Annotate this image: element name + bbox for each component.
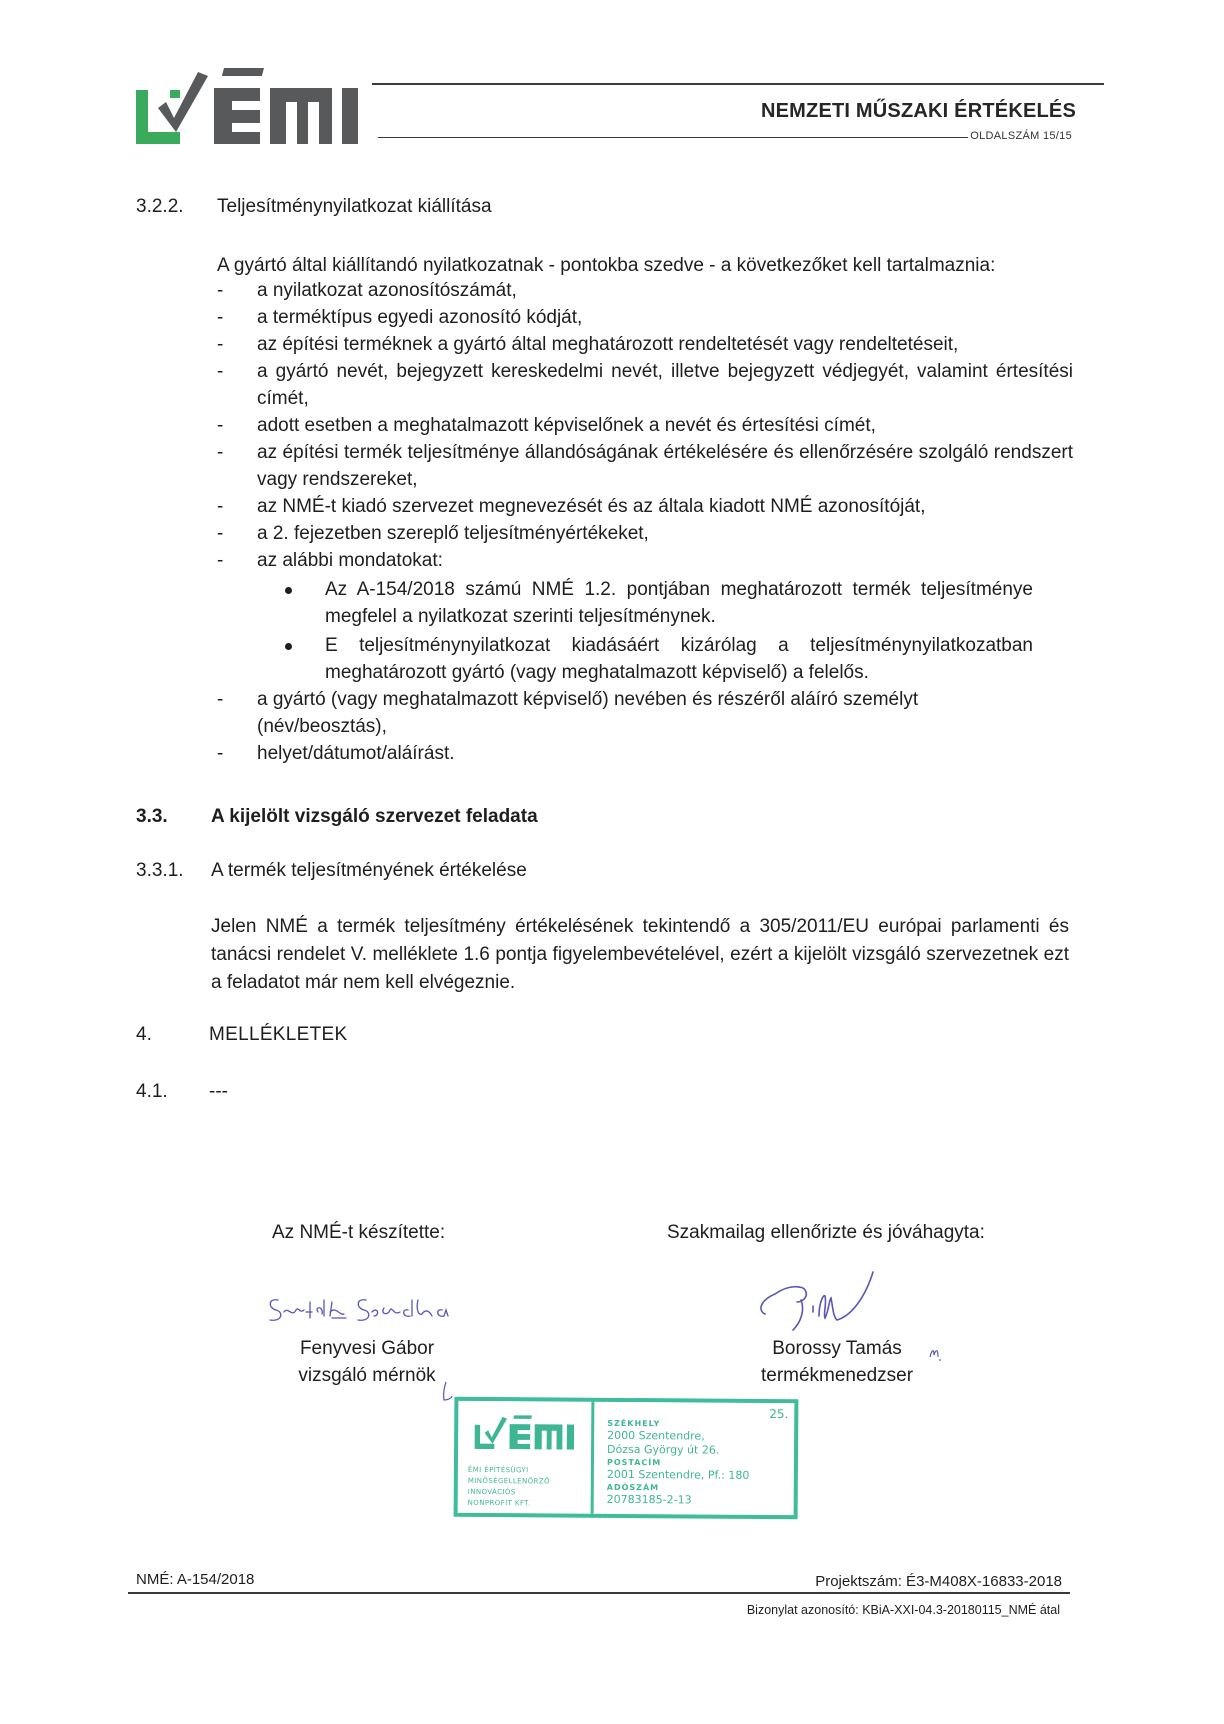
- list-item: -a gyártó (vagy meghatalmazott képviselő…: [217, 686, 937, 740]
- document-type-title: NEMZETI MŰSZAKI ÉRTÉKELÉS: [761, 100, 1076, 123]
- list-item: -helyet/dátumot/aláírást.: [217, 740, 1077, 767]
- footer-project-number: Projektszám: É3-M408X-16833-2018: [815, 1573, 1062, 1590]
- list-item: -az alábbi mondatokat:: [217, 547, 1077, 574]
- section-number: 3.2.2.: [136, 193, 184, 220]
- prepared-by-label: Az NMÉ-t készítette:: [272, 1222, 445, 1244]
- bullet-item: E teljesítménynyilatkozat kiadásáért kiz…: [285, 632, 1033, 686]
- dash-marker: -: [217, 412, 237, 439]
- dash-marker: -: [217, 331, 237, 358]
- approved-by-label: Szakmailag ellenőrizte és jóváhagyta:: [667, 1222, 985, 1244]
- footer-rule: [128, 1592, 1070, 1594]
- approver-role: termékmenedzser: [732, 1362, 942, 1389]
- dash-marker: -: [217, 277, 237, 304]
- list-item: -az NMÉ-t kiadó szervezet megnevezését é…: [217, 493, 1077, 520]
- stamp-address: SZÉKHELY 2000 Szentendre, Dózsa György ú…: [607, 1418, 750, 1508]
- initials-mark-icon: [928, 1345, 944, 1361]
- stamp-right-panel: 25. SZÉKHELY 2000 Szentendre, Dózsa Györ…: [597, 1402, 795, 1515]
- dash-marker: -: [217, 304, 237, 331]
- preparer-name: Fenyvesi Gábor: [262, 1335, 472, 1362]
- section-title: A kijelölt vizsgáló szervezet feladata: [211, 803, 538, 830]
- handwritten-signature-right: [755, 1270, 905, 1338]
- page-number: OLDALSZÁM 15/15: [970, 130, 1072, 142]
- section-title: Teljesítménynyilatkozat kiállítása: [217, 193, 492, 220]
- bullet-dot-icon: [285, 643, 292, 650]
- dash-marker: -: [217, 740, 237, 767]
- handwritten-signature-left: [266, 1294, 476, 1328]
- footer-nme-id: NMÉ: A-154/2018: [136, 1571, 254, 1588]
- emi-logo-icon: [136, 68, 366, 144]
- section-paragraph: Jelen NMÉ a termék teljesítmény értékelé…: [211, 913, 1069, 997]
- approver-name: Borossy Tamás: [732, 1335, 942, 1362]
- list-item: -a terméktípus egyedi azonosító kódját,: [217, 304, 1077, 331]
- header-rule-top: [372, 83, 1104, 85]
- section-number: 4.1.: [136, 1078, 168, 1105]
- dash-marker: -: [217, 686, 237, 713]
- dash-marker: -: [217, 547, 237, 574]
- section-title: A termék teljesítményének értékelése: [211, 857, 527, 884]
- stamp-number: 25.: [769, 1407, 788, 1421]
- dash-marker: -: [217, 520, 237, 547]
- initials-mark-icon: [440, 1380, 454, 1402]
- bullet-dot-icon: [285, 587, 292, 594]
- dash-marker: -: [217, 358, 237, 385]
- bullet-item: Az A-154/2018 számú NMÉ 1.2. pontjában m…: [285, 576, 1033, 630]
- dash-marker: -: [217, 493, 237, 520]
- section-number: 3.3.: [136, 803, 168, 830]
- section-content: ---: [209, 1078, 228, 1105]
- required-sentences-list: Az A-154/2018 számú NMÉ 1.2. pontjában m…: [217, 576, 1077, 686]
- section-number: 4.: [136, 1021, 152, 1048]
- emi-logo: [136, 68, 366, 144]
- list-item: -az építési termék teljesítménye állandó…: [217, 439, 1073, 493]
- list-item: -a 2. fejezetben szereplő teljesítményér…: [217, 520, 1077, 547]
- list-item: -adott esetben a meghatalmazott képvisel…: [217, 412, 1077, 439]
- stamp-left-panel: ÉMI ÉPÍTÉSÜGYI MINŐSÉGELLENŐRZŐ INNOVÁCI…: [458, 1401, 595, 1514]
- company-stamp: ÉMI ÉPÍTÉSÜGYI MINŐSÉGELLENŐRZŐ INNOVÁCI…: [454, 1397, 799, 1519]
- section-number: 3.3.1.: [136, 857, 184, 884]
- requirements-list: -a nyilatkozat azonosítószámát, -a termé…: [217, 277, 1077, 767]
- footer-document-id: Bizonylat azonosító: KBiA-XXI-04.3-20180…: [747, 1603, 1060, 1617]
- list-item: -az építési terméknek a gyártó által meg…: [217, 331, 1077, 358]
- dash-marker: -: [217, 439, 237, 466]
- stamp-org-name: ÉMI ÉPÍTÉSÜGYI MINŐSÉGELLENŐRZŐ INNOVÁCI…: [468, 1465, 550, 1510]
- list-item: -a gyártó nevét, bejegyzett kereskedelmi…: [217, 358, 1073, 412]
- header-rule-bottom: [378, 137, 968, 138]
- intro-text: A gyártó által kiállítandó nyilatkozatna…: [217, 252, 995, 279]
- section-title: MELLÉKLETEK: [209, 1021, 347, 1048]
- list-item: -a nyilatkozat azonosítószámát,: [217, 277, 1077, 304]
- stamp-logo-icon: [468, 1415, 584, 1450]
